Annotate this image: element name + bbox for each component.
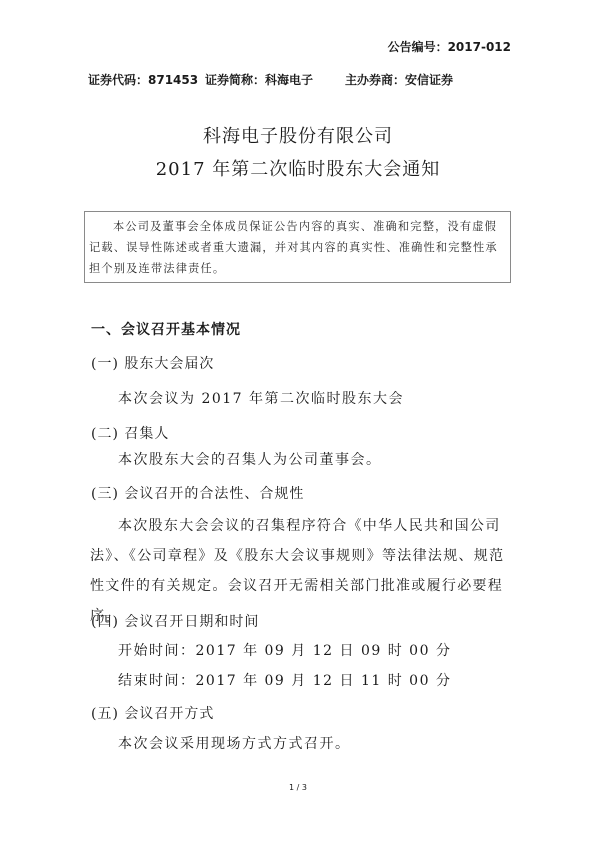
subsection-heading: (四) 会议召开日期和时间 [91,611,259,631]
subsection-content: 本次会议采用现场方式方式召开。 [118,733,351,753]
subsection-heading: (一) 股东大会届次 [91,353,214,373]
announcement-number: 公告编号：2017-012 [388,38,511,55]
security-code: 证券代码：871453 [88,71,198,88]
disclaimer-text: 本公司及董事会全体成员保证公告内容的真实、准确和完整，没有虚假记载、误导性陈述或… [89,216,507,279]
disclaimer-box: 本公司及董事会全体成员保证公告内容的真实、准确和完整，没有虚假记载、误导性陈述或… [84,211,511,283]
lead-broker: 主办券商：安信证券 [345,71,453,88]
subsection-heading: (五) 会议召开方式 [91,703,214,723]
section-heading: 一、会议召开基本情况 [91,319,241,339]
company-title: 科海电子股份有限公司 [0,122,596,148]
subsection-heading: (三) 会议召开的合法性、合规性 [91,483,304,503]
security-abbreviation: 证券简称：科海电子 [205,71,313,88]
subsection-heading: (二) 召集人 [91,423,169,443]
document-title: 2017 年第二次临时股东大会通知 [0,155,596,181]
page-number: 1 / 3 [0,783,596,792]
subsection-content: 本次会议为 2017 年第二次临时股东大会 [118,388,404,408]
start-time: 开始时间：2017 年 09 月 12 日 09 时 00 分 [118,640,451,660]
end-time: 结束时间：2017 年 09 月 12 日 11 时 00 分 [118,670,451,690]
subsection-content: 本次股东大会的召集人为公司董事会。 [118,449,382,469]
